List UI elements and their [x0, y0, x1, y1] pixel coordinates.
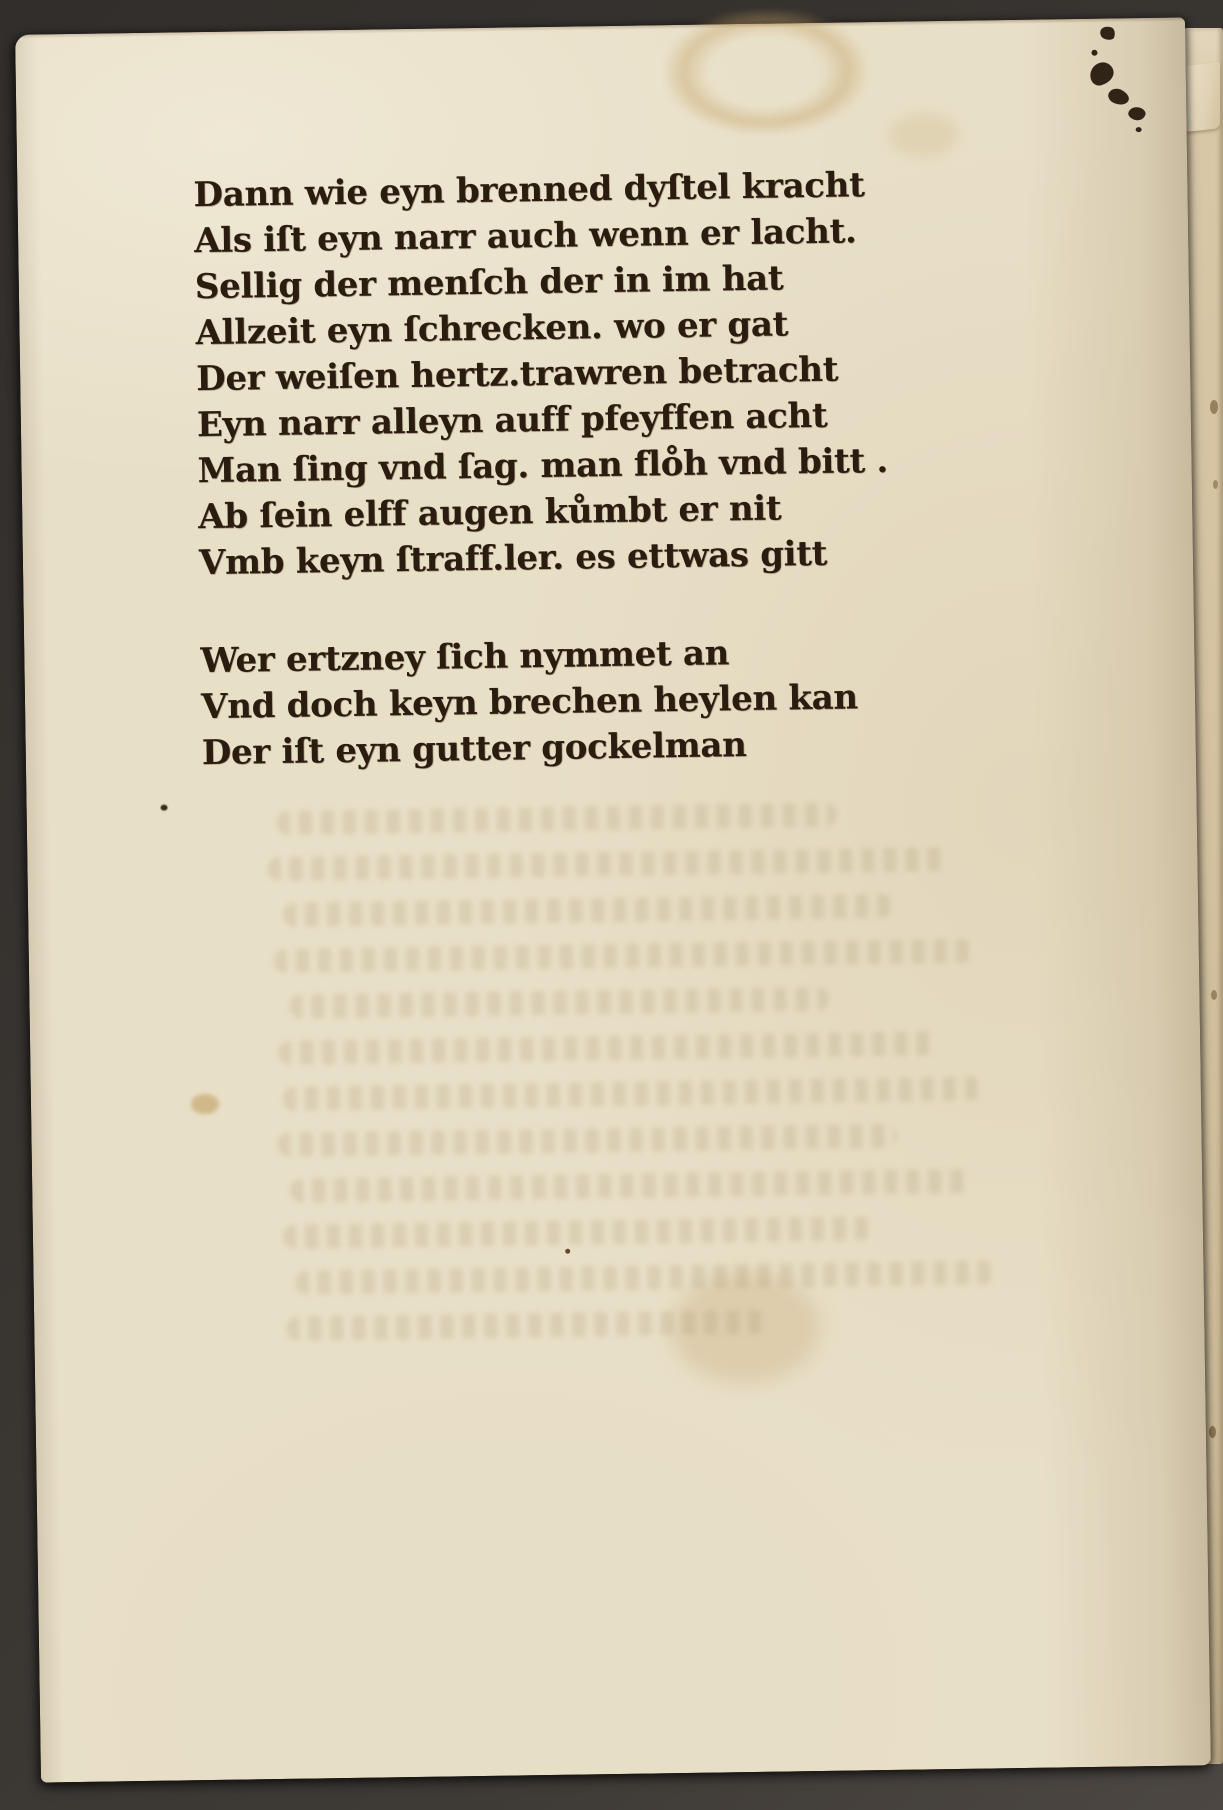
stain	[191, 1094, 219, 1114]
ink-blot	[1087, 60, 1116, 88]
ink-blot	[1091, 50, 1097, 56]
show-through-line	[295, 1260, 995, 1294]
show-through-line	[290, 1169, 970, 1203]
fore-edge-speck	[1211, 990, 1217, 1000]
fore-edge-speck	[1210, 400, 1218, 414]
ink-blot	[1136, 127, 1142, 132]
show-through-line	[286, 1310, 766, 1341]
show-through-line	[283, 1216, 873, 1249]
show-through-line	[267, 847, 947, 881]
fore-edge-speck	[1209, 1426, 1216, 1438]
show-through-line	[277, 1124, 897, 1157]
ink-blot	[1106, 86, 1131, 108]
fore-edge-fold	[1186, 62, 1220, 132]
book-page: Dann wie eyn brenned dyſtel kracht Als i…	[15, 17, 1211, 1782]
speck	[161, 805, 168, 811]
stanza-1: Dann wie eyn brenned dyſtel kracht Als i…	[193, 159, 1059, 586]
show-through-line	[289, 987, 829, 1019]
ink-blot	[1098, 24, 1116, 41]
show-through-line	[277, 803, 837, 835]
ink-blot	[1127, 105, 1147, 122]
show-through-line	[283, 894, 893, 927]
show-through-line	[283, 1077, 983, 1111]
show-through-line	[278, 1031, 938, 1065]
water-stain	[665, 8, 867, 135]
fore-edge-speck	[1213, 480, 1218, 489]
scanned-book-photo: { "verse": { "stanza1": [ "Dann wie eyn …	[0, 0, 1223, 1810]
show-through-line	[274, 939, 974, 973]
stain	[670, 1271, 822, 1385]
verse-text-block: Dann wie eyn brenned dyſtel kracht Als i…	[193, 159, 1062, 776]
speck	[565, 1249, 570, 1254]
stain	[888, 113, 959, 158]
stanza-2: Wer ertzney ſich nymmet an Vnd doch keyn…	[200, 625, 1062, 776]
